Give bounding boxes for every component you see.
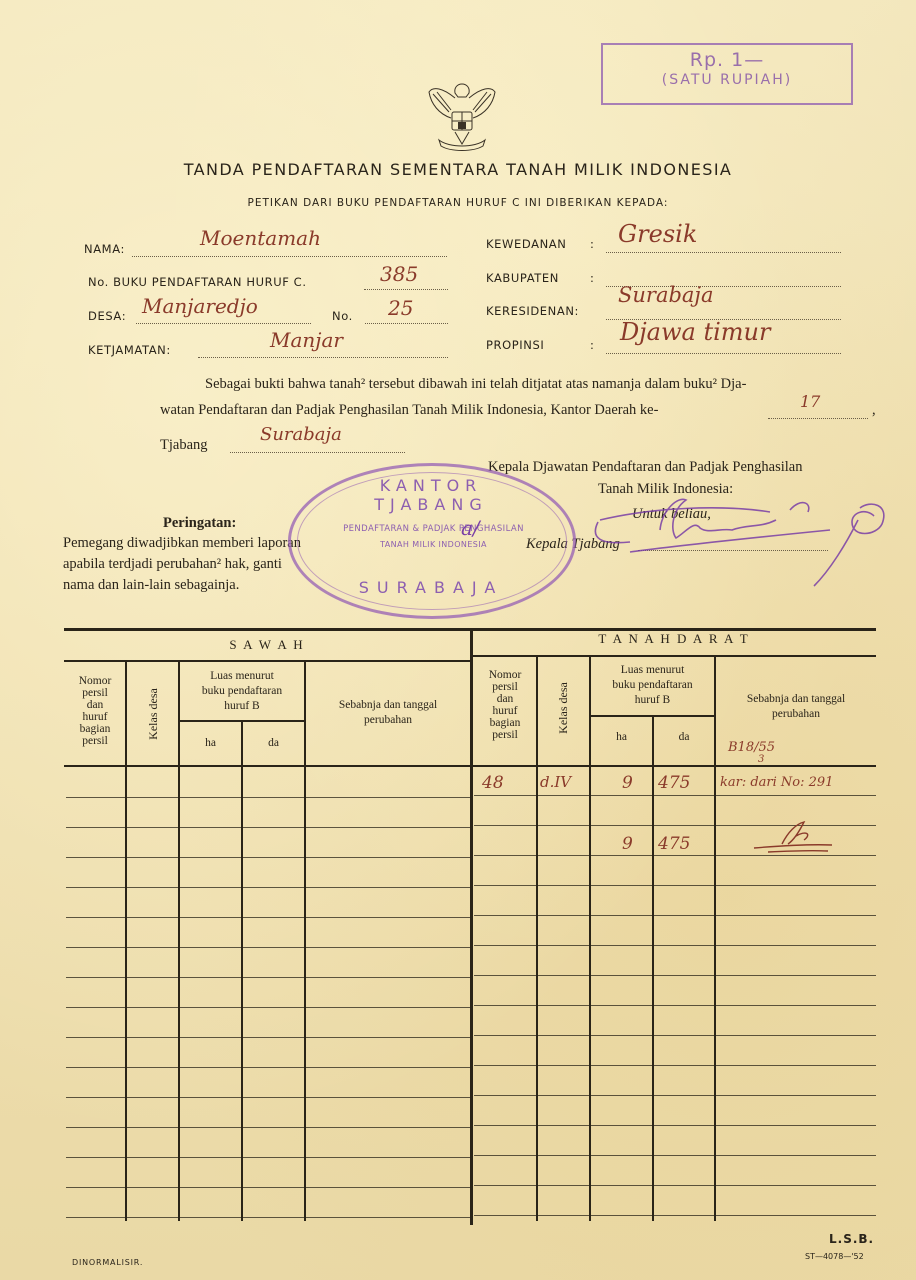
- signature-authority-line-1: Kepala Djawatan Pendaftaran dan Padjak P…: [488, 456, 802, 478]
- header-text: persil: [66, 687, 124, 699]
- nama-value: Moentamah: [200, 226, 321, 250]
- garuda-emblem-icon: [425, 78, 499, 156]
- row1-kelas: d.IV: [540, 773, 571, 791]
- kewedanan-label: KEWEDANAN: [486, 237, 566, 251]
- propinsi-label: PROPINSI: [486, 338, 544, 352]
- tanah-darat-title: T A N A H D A R A T: [474, 631, 874, 647]
- kantor-daerah-value: 17: [800, 392, 820, 411]
- sawah-col-kelas: Kelas desa: [147, 681, 159, 747]
- desa-label: DESA:: [88, 309, 126, 323]
- header-text: perubahan: [716, 707, 876, 722]
- darat-col-kelas: Kelas desa: [557, 675, 569, 741]
- stamp-middle-text-2: TANAH MILIK INDONESIA: [311, 540, 556, 549]
- warning-line-3: nama dan lain-lain sebagainja.: [63, 574, 239, 596]
- darat-col-luas: Luas menurut buku pendaftaran huruf B: [591, 663, 714, 708]
- statement-line-1: Sebagai bukti bahwa tanah² tersebut diba…: [205, 373, 746, 395]
- sawah-col-luas: Luas menurut buku pendaftaran huruf B: [180, 669, 304, 714]
- comma: ,: [872, 399, 876, 421]
- header-text: persil: [474, 729, 536, 741]
- header-text: Sebabnja dan tanggal: [716, 692, 876, 707]
- header-text: huruf: [66, 711, 124, 723]
- desa-no-label: No.: [332, 309, 353, 323]
- darat-col-ha: ha: [591, 731, 652, 743]
- header-text: bagian: [66, 723, 124, 735]
- header-text: perubahan: [306, 713, 470, 728]
- darat-header-note: B18/55: [728, 740, 775, 755]
- desa-no-value: 25: [388, 296, 413, 320]
- row1-nomor: 48: [482, 773, 504, 793]
- desa-value: Manjaredjo: [142, 294, 258, 318]
- header-text: buku pendaftaran: [180, 684, 304, 699]
- tjabang-value: Surabaja: [260, 424, 342, 445]
- header-text: Luas menurut: [180, 669, 304, 684]
- row1-ha: 9: [622, 773, 633, 793]
- signature-icon: [590, 490, 890, 590]
- sawah-col-ha: ha: [180, 737, 241, 749]
- stamp-amount-words: (SATU RUPIAH): [603, 72, 851, 88]
- row1-da: 475: [658, 773, 690, 793]
- warning-line-1: Pemegang diwadjibkan memberi laporan: [63, 532, 301, 554]
- stamp-middle-text-1: PENDAFTARAN & PADJAK PENGHASILAN: [311, 524, 556, 534]
- header-text: persil: [66, 735, 124, 747]
- document-title: TANDA PENDAFTARAN SEMENTARA TANAH MILIK …: [0, 160, 916, 179]
- header-text: Sebabnja dan tanggal: [306, 698, 470, 713]
- header-text: huruf: [474, 705, 536, 717]
- ketjamatan-value: Manjar: [270, 328, 343, 352]
- ketjamatan-label: KETJAMATAN:: [88, 343, 171, 357]
- header-text: buku pendaftaran: [591, 678, 714, 693]
- header-text: Nomor: [66, 675, 124, 687]
- sawah-col-sebab: Sebabnja dan tanggal perubahan: [306, 698, 470, 728]
- buku-value: 385: [380, 262, 418, 286]
- row3-ha: 9: [622, 834, 633, 854]
- stamp-top-text: KANTOR TJABANG: [321, 476, 541, 514]
- office-stamp: KANTOR TJABANG PENDAFTARAN & PADJAK PENG…: [288, 463, 576, 619]
- buku-label: No. BUKU PENDAFTARAN HURUF C.: [88, 275, 307, 289]
- sawah-title: S A W A H: [64, 637, 470, 653]
- warning-title: Peringatan:: [163, 512, 236, 534]
- warning-line-2: apabila terdjadi perubahan² hak, ganti: [63, 553, 282, 575]
- stamp-initials: a/: [461, 516, 480, 540]
- header-text: Luas menurut: [591, 663, 714, 678]
- darat-col-sebab: Sebabnja dan tanggal perubahan: [716, 692, 876, 722]
- keresidenan-label: KERESIDENAN:: [486, 304, 579, 318]
- footer-note: DINORMALISIR.: [72, 1258, 143, 1267]
- kabupaten-label: KABUPATEN: [486, 271, 559, 285]
- nama-label: NAMA:: [84, 242, 125, 256]
- stamp-amount: Rp. 1—: [603, 49, 851, 71]
- colon: :: [590, 338, 594, 352]
- row1-sebab: kar: dari No: 291: [720, 775, 833, 790]
- sawah-col-da: da: [243, 737, 304, 749]
- tjabang-label: Tjabang: [160, 434, 208, 456]
- kewedanan-value: Gresik: [618, 220, 697, 248]
- darat-col-nomor: Nomor persil dan huruf bagian persil: [474, 669, 536, 741]
- row3-da: 475: [658, 834, 690, 854]
- initial-mark-icon: [748, 818, 838, 854]
- statement-line-2: watan Pendaftaran dan Padjak Penghasilan…: [160, 399, 658, 421]
- header-text: huruf B: [591, 693, 714, 708]
- sawah-col-nomor: Nomor persil dan huruf bagian persil: [66, 675, 124, 747]
- header-text: dan: [66, 699, 124, 711]
- footer-form-number: ST—4078—'52: [805, 1252, 864, 1261]
- revenue-stamp: Rp. 1— (SATU RUPIAH): [601, 43, 853, 105]
- land-registration-document: Rp. 1— (SATU RUPIAH) TANDA PENDAFTARAN S…: [0, 0, 916, 1280]
- colon: :: [590, 271, 594, 285]
- propinsi-value: Djawa timur: [620, 318, 770, 346]
- stamp-bottom-text: SURABAJA: [331, 578, 531, 597]
- darat-header-note-sub: 3: [758, 754, 764, 765]
- document-subtitle: PETIKAN DARI BUKU PENDAFTARAN HURUF C IN…: [0, 197, 916, 209]
- darat-col-da: da: [654, 731, 714, 743]
- header-text: bagian: [474, 717, 536, 729]
- header-text: Nomor: [474, 669, 536, 681]
- colon: :: [590, 237, 594, 251]
- header-text: persil: [474, 681, 536, 693]
- keresidenan-value: Surabaja: [618, 283, 713, 307]
- header-text: dan: [474, 693, 536, 705]
- header-text: huruf B: [180, 699, 304, 714]
- footer-code: L.S.B.: [829, 1232, 874, 1246]
